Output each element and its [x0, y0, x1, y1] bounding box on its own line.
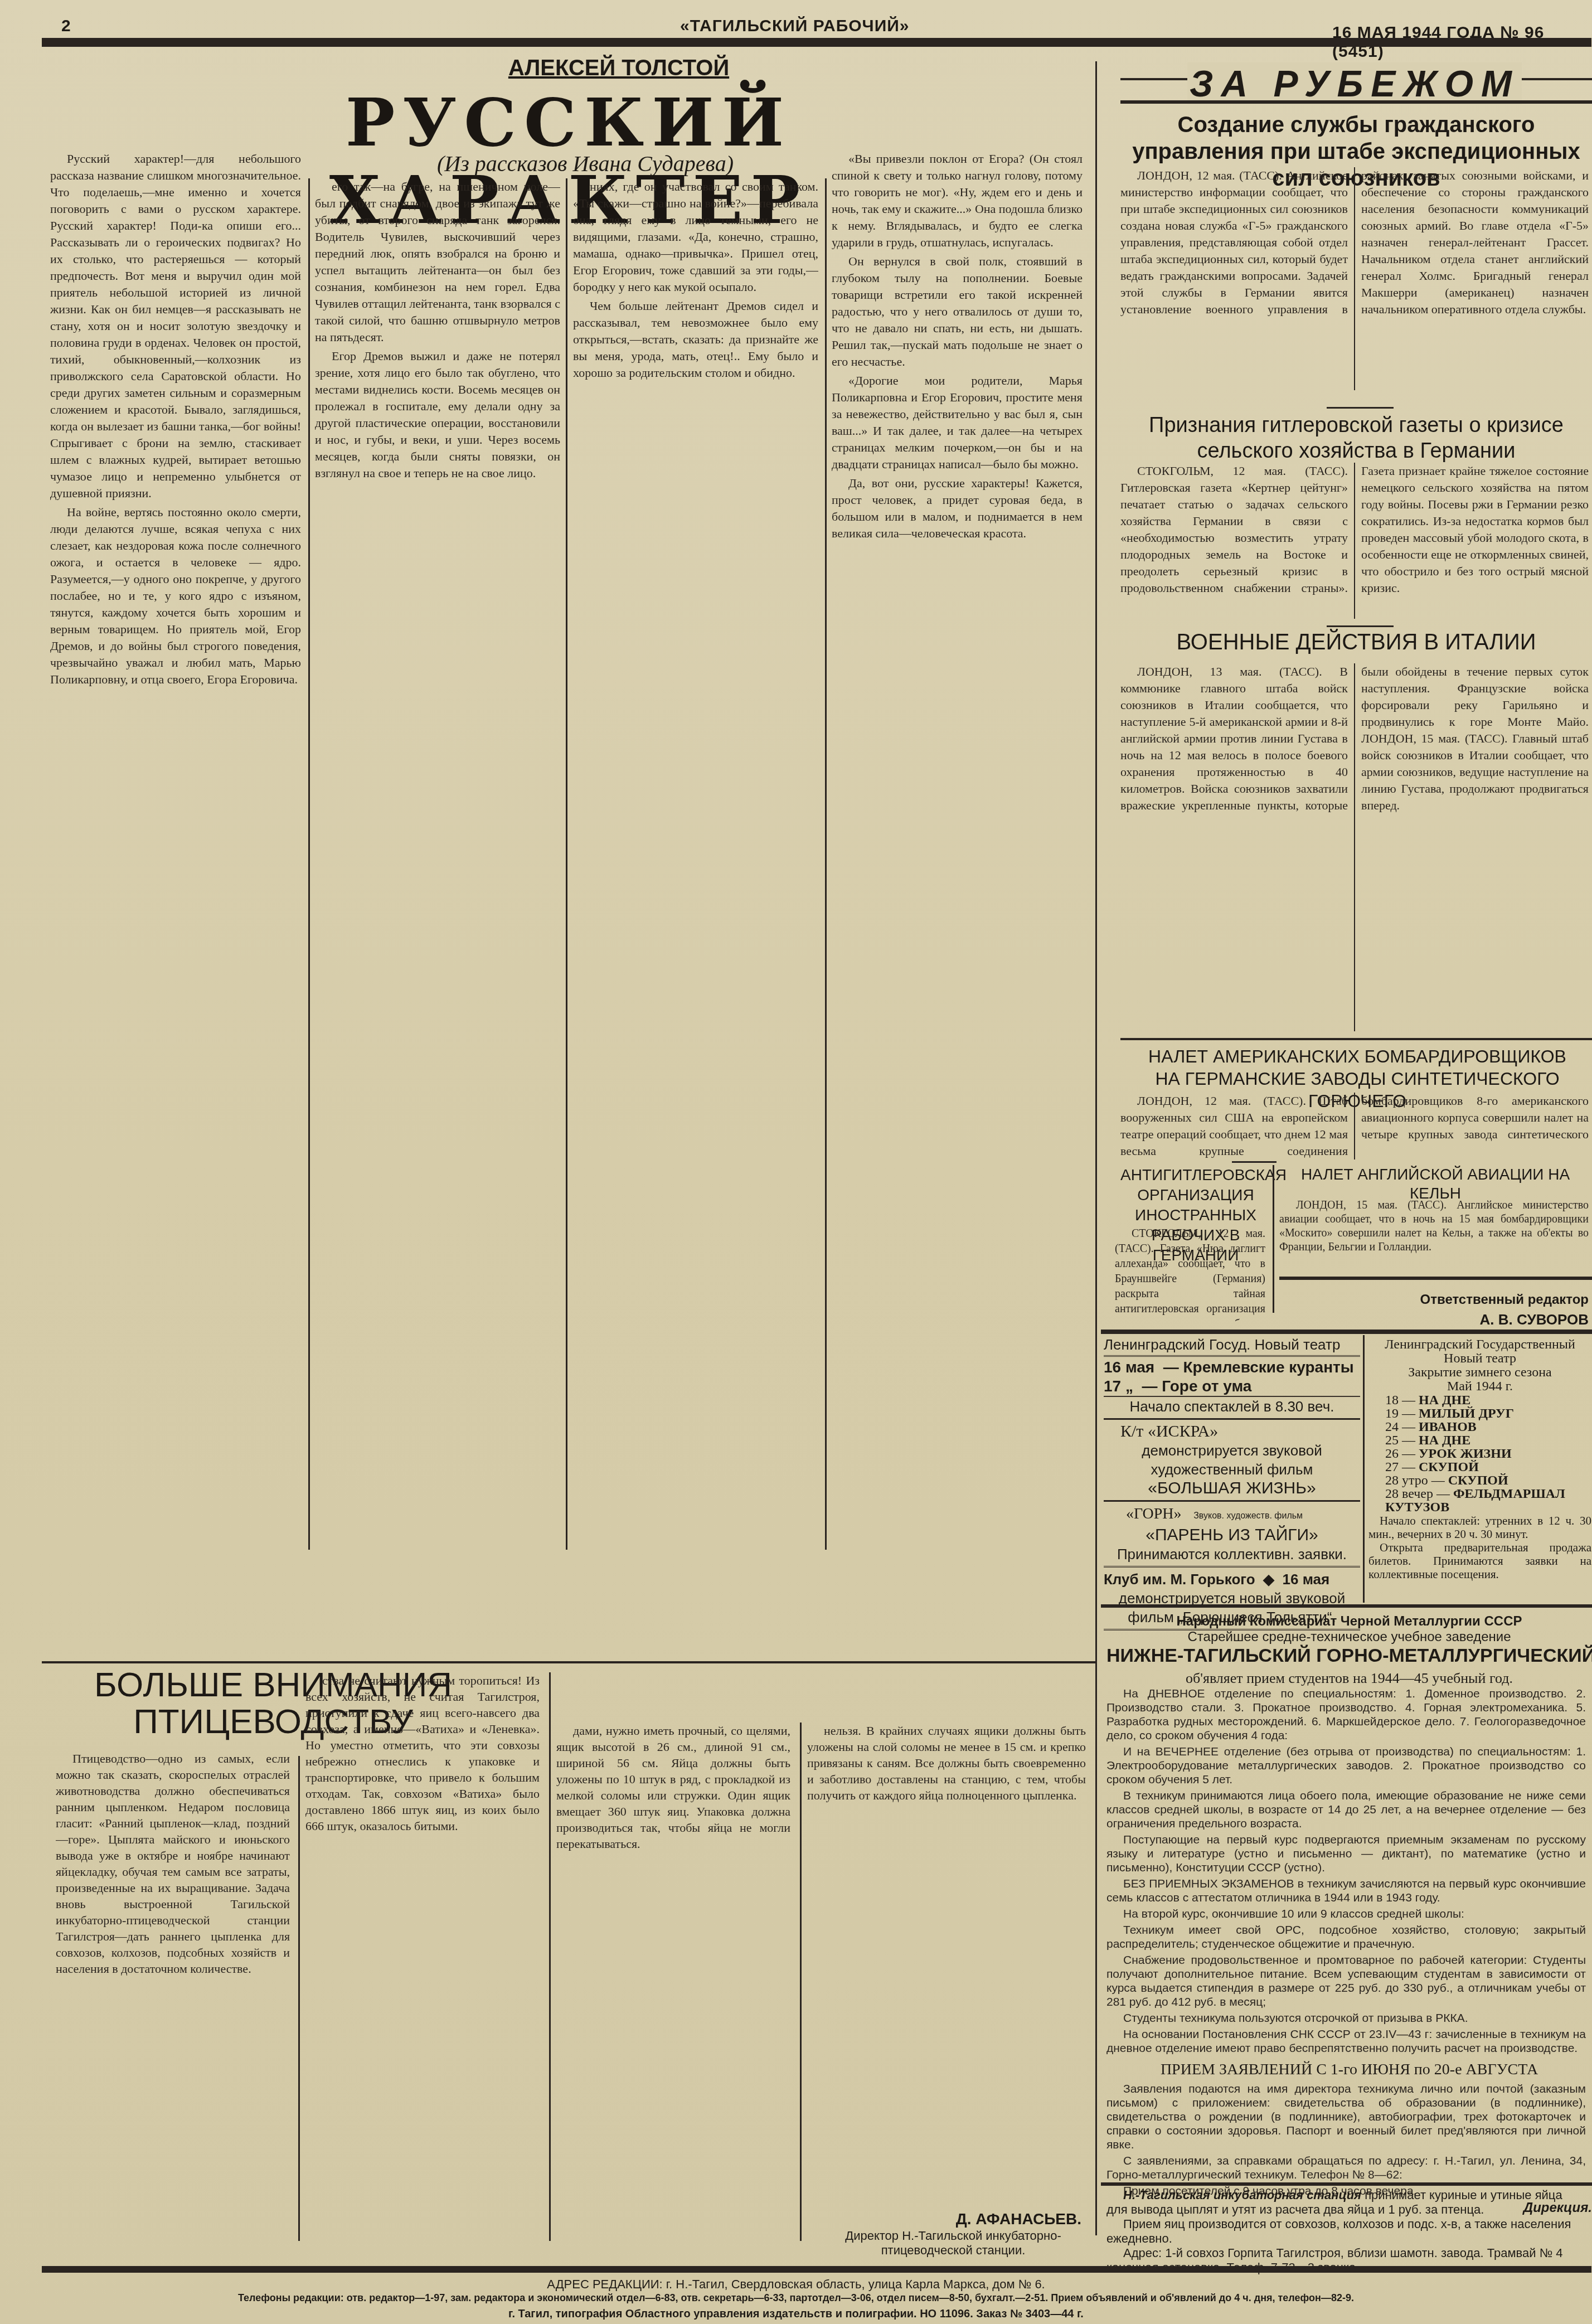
technikum-ad: Народный Комиссариат Черной Металлургии … [1106, 1614, 1592, 2216]
masthead-rule [42, 38, 1591, 47]
article-body: СТОКГОЛЬМ, 12 мая. (ТАСС). Гитлеровская … [1120, 463, 1589, 619]
ad-paragraph: На второй курс, окончившие 10 или 9 клас… [1106, 1907, 1586, 1921]
newspaper-page: 2 «ТАГИЛЬСКИЙ РАБОЧИЙ» 16 МАЯ 1944 ГОДА … [0, 0, 1592, 2324]
newspaper-name: «ТАГИЛЬСКИЙ РАБОЧИЙ» [680, 17, 959, 36]
club-date: 16 мая [1283, 1571, 1330, 1588]
article-body: ЛОНДОН, 12 мая. (ТАСС). Штаб вооруженных… [1120, 1093, 1589, 1159]
theatre-ad-right: Ленинградский Государственный Новый теат… [1368, 1338, 1591, 1581]
ad-announce: об'являет прием студентов на 1944—45 уче… [1106, 1670, 1592, 1687]
section-rule [1120, 100, 1592, 104]
article-body: ЛОНДОН, 12 мая. (ТАСС). Английское минис… [1120, 167, 1589, 390]
ad-issuer: Старейшее средне-техническое учебное зав… [1106, 1629, 1592, 1645]
season-note: Закрытие зимнего сезона [1368, 1366, 1591, 1380]
article-headline: НАЛЕТ АНГЛИЙСКОЙ АВИАЦИИ НА КЕЛЬН [1279, 1165, 1591, 1203]
schedule-row: 17 „ — Горе от ума [1104, 1377, 1360, 1396]
section-rule [1120, 1038, 1592, 1040]
footer-rule [42, 2266, 1591, 2273]
film-title: «БОЛЬШАЯ ЖИЗНЬ» [1104, 1479, 1360, 1498]
section-divider [1095, 61, 1097, 2235]
application-dates: ПРИЕМ ЗАЯВЛЕНИЙ С 1-го ИЮНЯ по 20-е АВГУ… [1106, 2061, 1592, 2079]
schedule-row: 16 мая — Кремлевские куранты [1104, 1358, 1360, 1377]
page-number: 2 [61, 17, 71, 36]
story-column-1: Русский характер!—для небольшого рассказ… [50, 151, 301, 1527]
technikum-name: НИЖНЕ-ТАГИЛЬСКИЙ ГОРНО-МЕТАЛЛУРГИЧЕСКИЙ … [1106, 1645, 1592, 1667]
poultry-column-1: Птицеводство—одно из самых, если можно т… [56, 1750, 290, 2241]
cinema-text: демонстрируется звуковой [1104, 1441, 1360, 1460]
incubator-ad: Н.-Тагильская инкубаторная станция прини… [1106, 2188, 1586, 2275]
cinema-tag: Звуков. художеств. фильм [1193, 1511, 1303, 1521]
schedule-row: 28 утро — СКУПОЙ [1385, 1474, 1591, 1487]
story-column-4: «Вы привезли поклон от Егора? (Он стоял … [832, 151, 1083, 1527]
poultry-column-3: дами, нужно иметь прочный, со щелями, ящ… [556, 1723, 790, 2241]
column-divider [1273, 1165, 1274, 1313]
ad-paragraph: На основании Постановления СНК СССР от 2… [1106, 2027, 1586, 2055]
footer-printer: г. Тагил, типография Областного управлен… [0, 2308, 1592, 2321]
schedule-row: 25 — НА ДНЕ [1385, 1434, 1591, 1447]
theatre-name: Ленинградский Госуд. Новый театр [1104, 1335, 1360, 1354]
column-divider [1363, 1335, 1365, 1603]
story-column-3: ниях, где он участвовал со своим танком.… [573, 178, 818, 1527]
column-divider [308, 178, 310, 1550]
cinema-text: художественный фильм [1104, 1460, 1360, 1479]
short-rule [1327, 625, 1394, 627]
column-divider [800, 1723, 802, 2241]
section-rule [1101, 1330, 1592, 1334]
season-month: Май 1944 г. [1368, 1380, 1591, 1394]
poultry-signature: Д. АФАНАСЬЕВ. [836, 2210, 1081, 2228]
section-rule [42, 1661, 1095, 1663]
playbill-schedule: 18 — НА ДНЕ19 — МИЛЫЙ ДРУГ24 — ИВАНОВ25 … [1368, 1394, 1591, 1514]
schedule-row: 26 — УРОК ЖИЗНИ [1385, 1447, 1591, 1461]
show-time-note: Начало спектаклей в 8.30 веч. [1104, 1397, 1360, 1416]
schedule-row: 24 — ИВАНОВ [1385, 1420, 1591, 1434]
abroad-section-title: ЗА РУБЕЖОМ [1187, 62, 1522, 105]
schedule-row: 27 — СКУПОЙ [1385, 1461, 1591, 1474]
article-body: ЛОНДОН, 13 мая. (ТАСС). В коммюнике глав… [1120, 663, 1589, 1031]
editor-label: Ответственный редактор [1310, 1292, 1589, 1308]
ad-paragraph: Поступающие на первый курс подвергаются … [1106, 1833, 1586, 1875]
section-rule [1101, 2182, 1592, 2186]
column-divider [298, 1756, 300, 2241]
incubator-text: Прием яиц производится от совхозов, колх… [1106, 2217, 1586, 2246]
cinema-name: К/т «ИСКРА» [1104, 1422, 1360, 1441]
story-author: АЛЕКСЕЙ ТОЛСТОЙ [463, 56, 775, 81]
theatre-name: Ленинградский Государственный [1368, 1338, 1591, 1352]
article-headline: ВОЕННЫЕ ДЕЙСТВИЯ В ИТАЛИИ [1120, 630, 1592, 655]
ad-paragraph: На ДНЕВНОЕ отделение по специальностям: … [1106, 1687, 1586, 1743]
ad-issuer: Народный Комиссариат Черной Металлургии … [1106, 1614, 1592, 1629]
story-subtitle: (Из рассказов Ивана Сударева) [412, 151, 758, 177]
footer-phones: Телефоны редакции: отв. редактор—1-97, з… [0, 2292, 1592, 2304]
schedule-row: 28 вечер — ФЕЛЬДМАРШАЛ КУТУЗОВ [1385, 1487, 1591, 1514]
ad-paragraph: С заявлениями, за справками обращаться п… [1106, 2154, 1586, 2182]
ad-paragraph: В техникум принимаются лица обоего пола,… [1106, 1789, 1586, 1831]
short-rule [1327, 407, 1394, 409]
incubator-name: Н.-Тагильская инкубаторная станция [1123, 2188, 1361, 2202]
ad-paragraph: Техникум имеет свой ОРС, подсобное хозяй… [1106, 1923, 1586, 1951]
cinema-name: «ГОРН» [1126, 1505, 1182, 1522]
ad-body: На ДНЕВНОЕ отделение по специальностям: … [1106, 1687, 1586, 2058]
section-rule [1279, 1277, 1592, 1280]
ad-paragraph: Снабжение продовольственное и промтоварн… [1106, 1953, 1586, 2009]
ticket-note: Открыта предварительная продажа билетов.… [1368, 1541, 1591, 1581]
poultry-column-4: нельзя. В крайних случаях ящики должны б… [807, 1723, 1086, 2168]
column-divider [825, 178, 827, 1550]
article-body: ЛОНДОН, 15 мая. (ТАСС). Английское минис… [1279, 1199, 1589, 1265]
section-rule [1101, 1604, 1592, 1608]
article-headline: Признания гитлеровской газеты о кризисе … [1120, 413, 1592, 464]
theatre-name: Новый театр [1368, 1352, 1591, 1366]
poultry-column-2: ства не считают нужным торопиться! Из вс… [305, 1672, 540, 2241]
story-column-2: его так—на бугре, на пшеничном поле—был … [315, 178, 560, 1527]
ad-paragraph: БЕЗ ПРИЕМНЫХ ЭКЗАМЕНОВ в техникум зачисл… [1106, 1877, 1586, 1905]
film-title: «ПАРЕНЬ ИЗ ТАЙГИ» [1104, 1526, 1360, 1545]
club-name: Клуб им. М. Горького [1104, 1571, 1255, 1588]
article-body: СТОКГОЛЬМ, 12 мая. (ТАСС). Газета «Нюа д… [1115, 1226, 1265, 1321]
footer-address: АДРЕС РЕДАКЦИИ: г. Н.-Тагил, Свердловска… [0, 2277, 1592, 2292]
column-divider [549, 1672, 551, 2241]
schedule-row: 18 — НА ДНЕ [1385, 1394, 1591, 1407]
poultry-signature-role: Директор Н.-Тагильской инкубаторно-птице… [825, 2229, 1081, 2258]
schedule-row: 19 — МИЛЫЙ ДРУГ [1385, 1407, 1591, 1420]
cinema-note: Принимаются коллективн. заявки. [1104, 1545, 1360, 1564]
theatre-ad-left: Ленинградский Госуд. Новый театр 16 мая … [1104, 1335, 1360, 1633]
show-time-note: Начало спектаклей: утренних в 12 ч. 30 м… [1368, 1514, 1591, 1541]
short-rule [1232, 1161, 1276, 1163]
editor-name: А. В. СУВОРОВ [1310, 1311, 1589, 1328]
ad-paragraph: Заявления подаются на имя директора техн… [1106, 2082, 1586, 2152]
column-divider [566, 178, 567, 1550]
ad-paragraph: И на ВЕЧЕРНЕЕ отделение (без отрыва от п… [1106, 1745, 1586, 1787]
ad-paragraph: Студенты техникума пользуются отсрочкой … [1106, 2011, 1586, 2025]
